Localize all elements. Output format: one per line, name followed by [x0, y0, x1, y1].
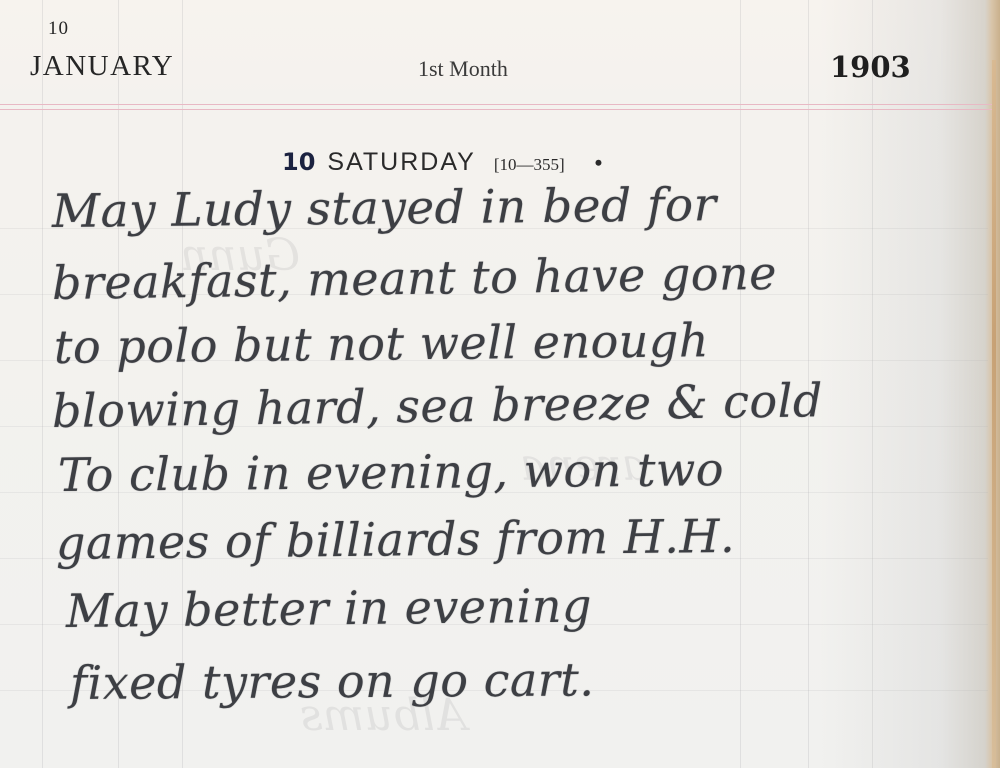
vertical-ruling	[42, 0, 43, 768]
handwritten-line: breakfast, meant to have gone	[52, 246, 778, 310]
handwritten-line: May better in evening	[66, 578, 592, 638]
day-heading-weekday: SATURDAY	[327, 148, 475, 177]
diary-page: Gunn arena Albums 10 JANUARY 1st Month 1…	[0, 0, 1000, 768]
day-heading: 10 SATURDAY [10—355] •	[282, 148, 602, 177]
handwritten-line: blowing hard, sea breeze & cold	[52, 373, 824, 438]
header-day-number: 10	[48, 18, 69, 40]
page-edge	[992, 60, 996, 768]
handwritten-line: fixed tyres on go cart.	[70, 652, 595, 710]
handwritten-line: To club in evening, won two	[58, 442, 724, 502]
header-rule	[0, 104, 992, 110]
handwritten-line: games of billiards from H.H.	[56, 509, 736, 570]
vertical-ruling	[872, 0, 873, 768]
header-year: 1903	[830, 50, 911, 84]
handwritten-line: May Ludy stayed in bed for	[52, 177, 717, 238]
handwritten-line: to polo but not well enough	[54, 313, 709, 374]
ink-mark: •	[595, 150, 603, 176]
day-heading-number: 10	[282, 148, 315, 176]
day-heading-count: [10—355]	[494, 155, 565, 175]
header-month-ordinal: 1st Month	[418, 56, 508, 82]
header-month: JANUARY	[30, 50, 174, 83]
